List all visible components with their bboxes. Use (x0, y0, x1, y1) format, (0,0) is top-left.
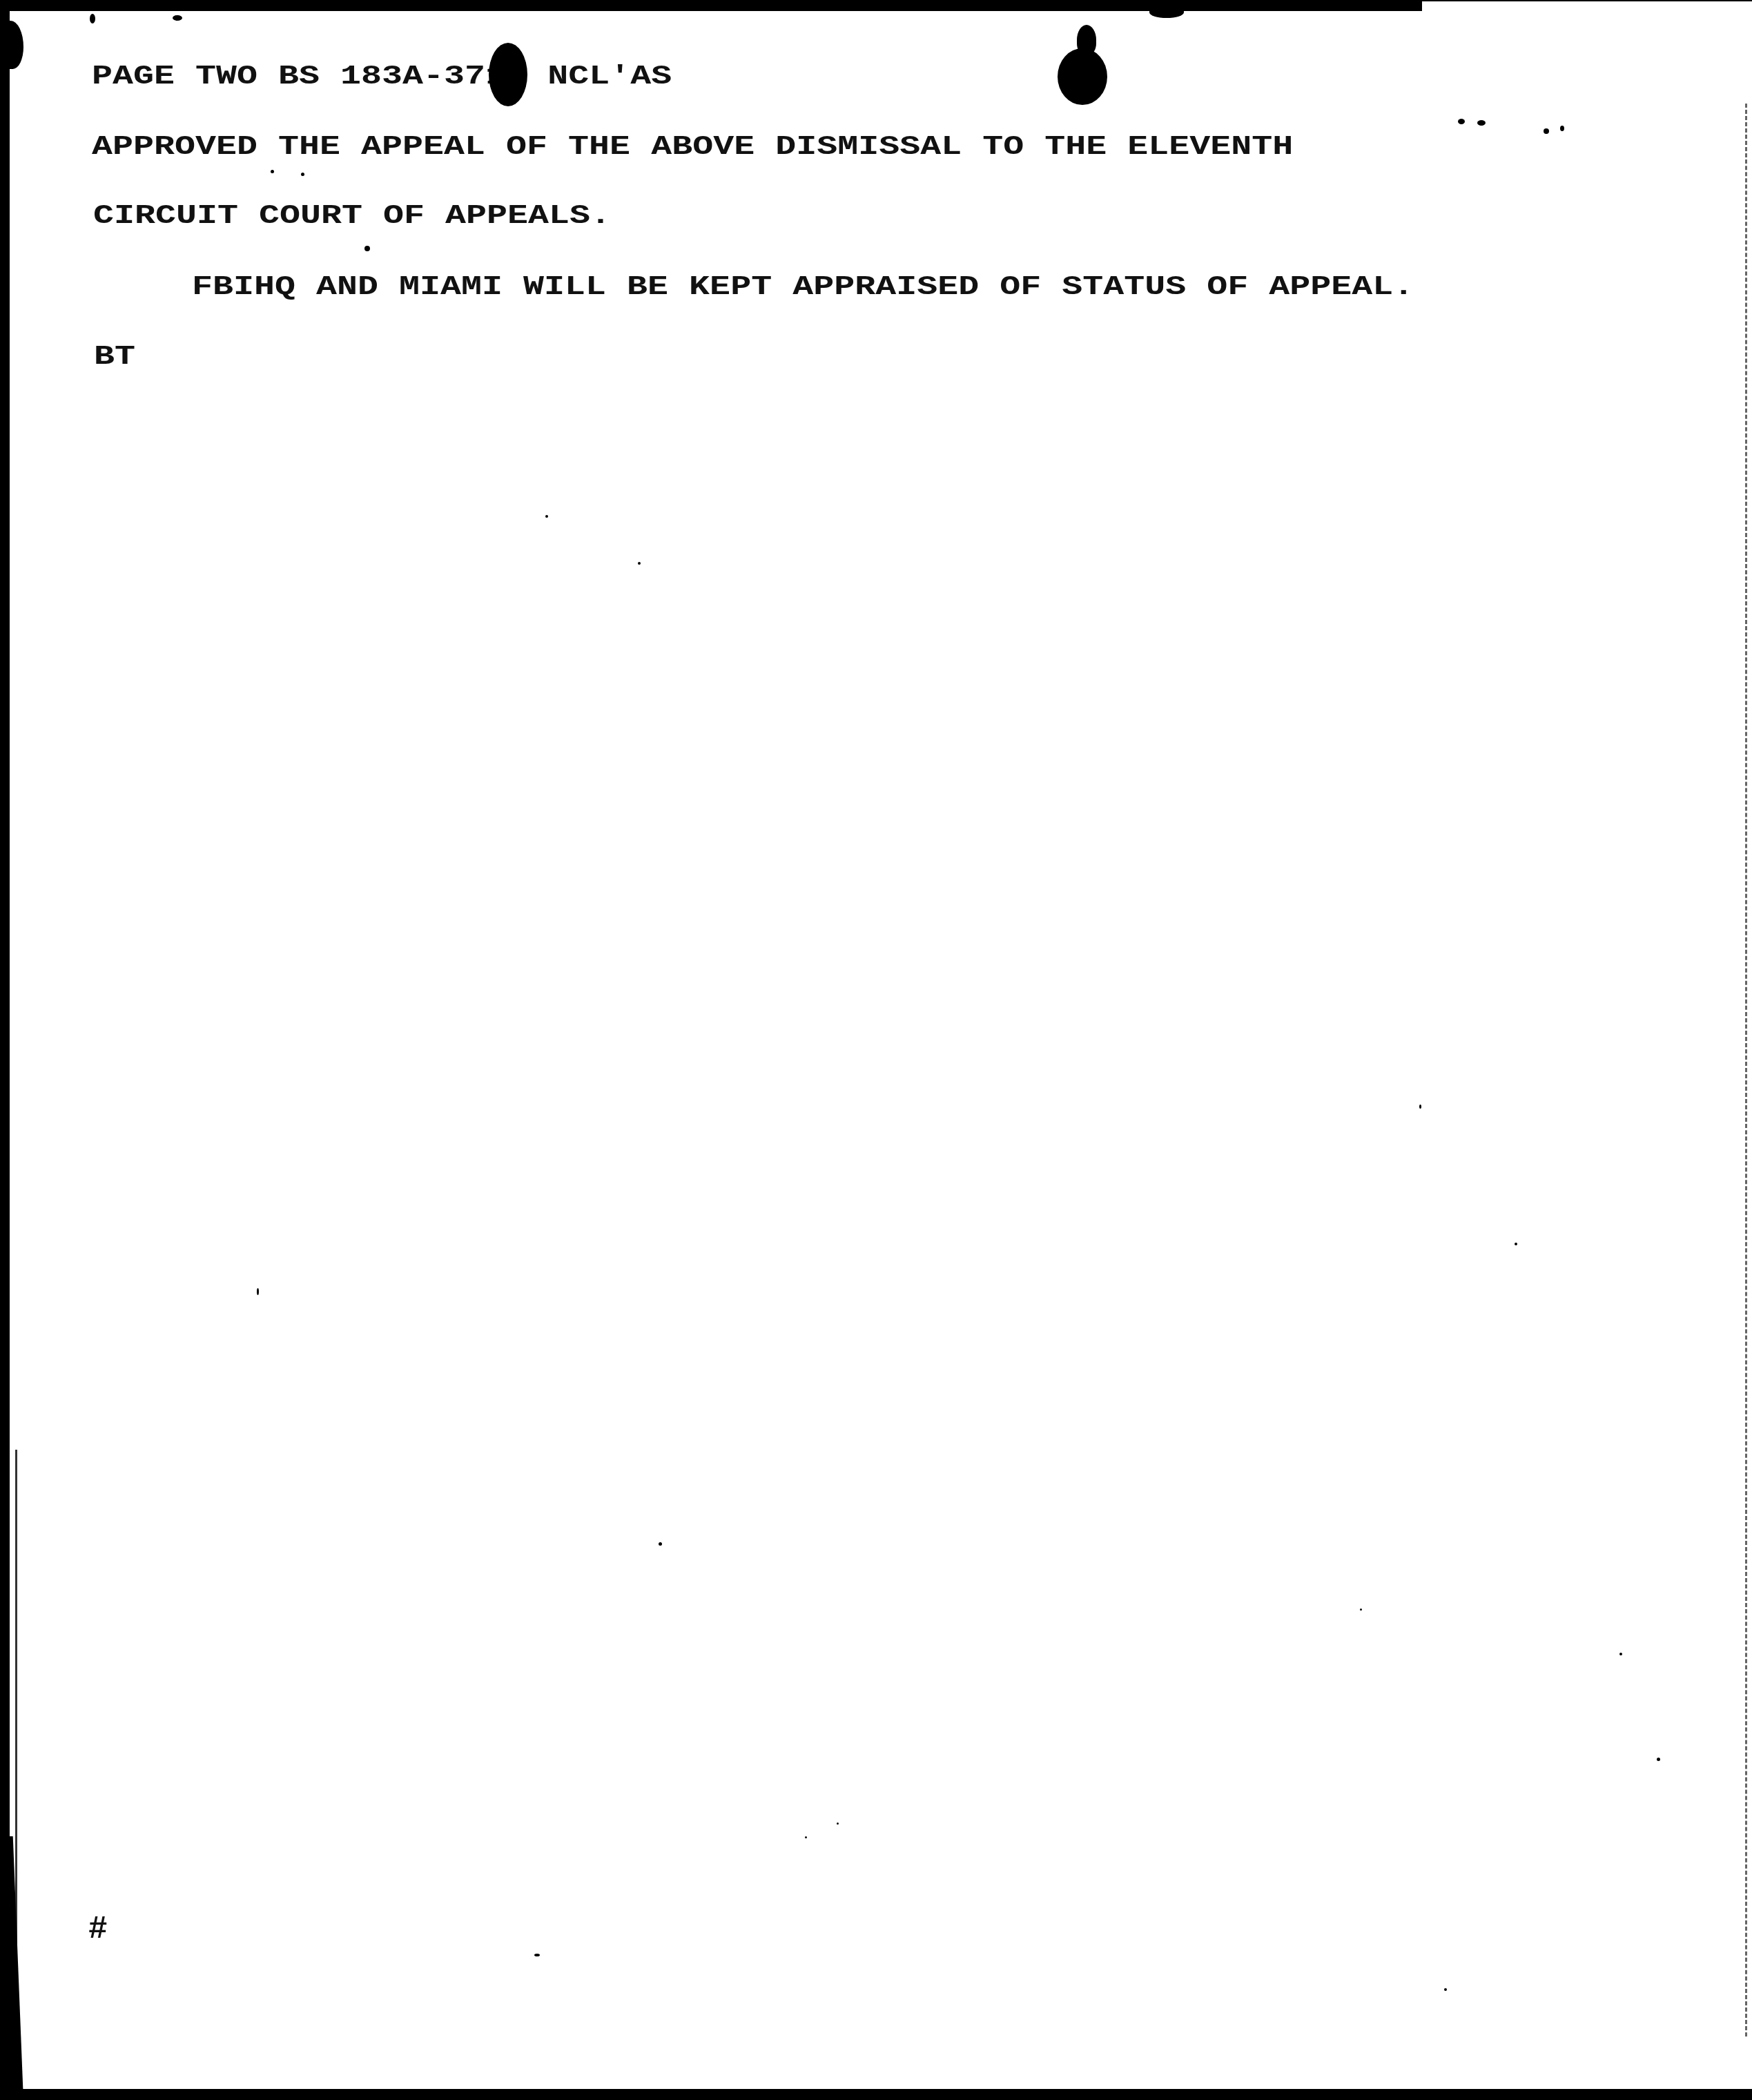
scan-speck (1515, 1243, 1517, 1245)
scan-left-border (0, 0, 10, 2100)
scan-speck (1560, 126, 1564, 131)
body-paragraph: FBIHQ AND MIAMI WILL BE KEPT APPRAISED O… (192, 274, 1414, 301)
scan-speck (659, 1542, 662, 1546)
page-header-line: PAGE TWO BS 183A-371 NCL'AS (92, 64, 672, 90)
scan-speck (364, 246, 370, 251)
scan-top-border-tail (1422, 0, 1752, 1)
scan-speck (257, 1288, 259, 1295)
header-file-number: PAGE TWO BS 183A-371 (92, 61, 506, 92)
body-line: APPROVED THE APPEAL OF THE ABOVE DISMISS… (92, 134, 1293, 161)
scan-left-border-lower (0, 1836, 23, 2100)
scan-speck (1444, 1988, 1447, 1991)
redaction-blot (1058, 48, 1107, 105)
scan-speck (1619, 1653, 1622, 1655)
scan-speck (1657, 1758, 1660, 1761)
scanned-teletype-page: PAGE TWO BS 183A-371 NCL'AS APPROVED THE… (0, 0, 1752, 2100)
scan-speck (534, 1954, 540, 1956)
scan-artifact (0, 21, 23, 69)
redaction-blot (489, 43, 527, 106)
break-marker: BT (94, 344, 135, 371)
scan-speck (271, 170, 274, 173)
scan-speck (173, 15, 182, 21)
scan-speck (638, 562, 641, 565)
body-line: CIRCUIT COURT OF APPEALS. (93, 203, 611, 230)
scan-right-border (1745, 104, 1749, 2036)
scan-speck (1360, 1608, 1362, 1611)
scan-bottom-border (0, 2089, 1752, 2100)
end-marker: # (88, 1914, 108, 1945)
scan-speck (1544, 128, 1549, 134)
scan-artifact (1149, 7, 1184, 18)
scan-speck (90, 14, 95, 23)
scan-speck (805, 1836, 807, 1838)
header-classification: NCL'AS (547, 61, 672, 92)
scan-speck (301, 173, 304, 176)
scan-top-border (0, 0, 1422, 11)
scan-speck (545, 515, 548, 518)
scan-speck (1477, 120, 1486, 126)
scan-speck (1458, 119, 1465, 124)
scan-speck (837, 1822, 839, 1825)
page-edge-line (15, 1450, 17, 2071)
scan-speck (1419, 1105, 1421, 1109)
